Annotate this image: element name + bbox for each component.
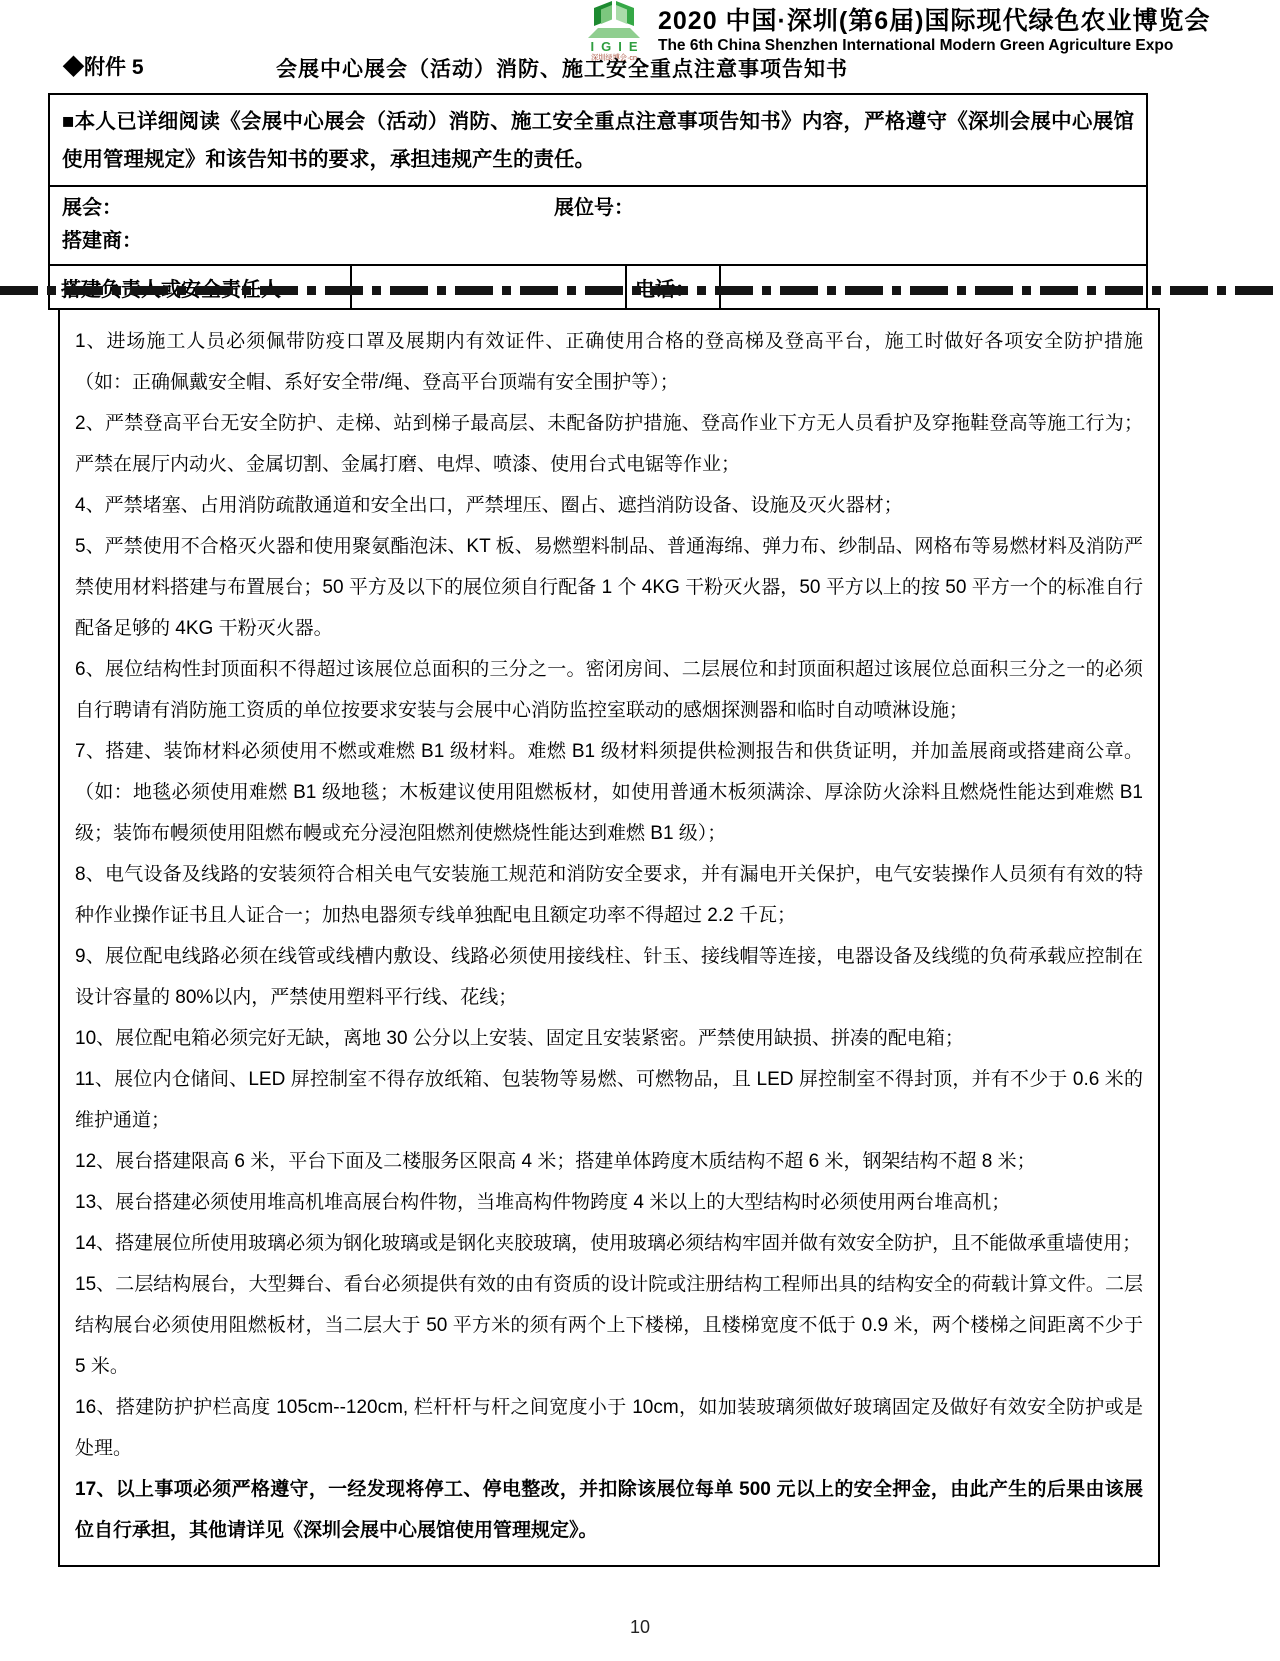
green-book-logo-icon xyxy=(581,0,647,40)
declaration-table: ■本人已详细阅读《会展中心展会（活动）消防、施工安全重点注意事项告知书》内容，严… xyxy=(48,93,1148,310)
attachment-label: ◆附件 5 xyxy=(63,51,144,81)
header-titles: 2020 中国·深圳(第6届)国际现代绿色农业博览会 The 6th China… xyxy=(658,7,1210,56)
booth-no-label: 展位号： xyxy=(554,192,634,225)
cut-separator-line xyxy=(0,286,1280,295)
notice-item: 11、展位内仓储间、LED 屏控制室不得存放纸箱、包装物等易燃、可燃物品，且 L… xyxy=(75,1059,1143,1141)
notice-item: 17、以上事项必须严格遵守，一经发现将停工、停电整改，并扣除该展位每单 500 … xyxy=(75,1469,1143,1551)
exhibition-label: 展会： xyxy=(62,192,122,225)
document-page: IGIE 深圳绿博会·cn 2020 中国·深圳(第6届)国际现代绿色农业博览会… xyxy=(0,0,1280,1661)
exhibition-row: 展会： 展位号： xyxy=(62,192,1134,225)
notice-item: 12、展台搭建限高 6 米，平台下面及二楼服务区限高 4 米；搭建单体跨度木质结… xyxy=(75,1141,1143,1182)
page-title: 会展中心展会（活动）消防、施工安全重点注意事项告知书 xyxy=(276,53,848,83)
notice-item: 7、搭建、装饰材料必须使用不燃或难燃 B1 级材料。难燃 B1 级材料须提供检测… xyxy=(75,731,1143,854)
notice-item: 16、搭建防护护栏高度 105cm--120cm, 栏杆杆与杆之间宽度小于 10… xyxy=(75,1387,1143,1469)
notice-item: 10、展位配电箱必须完好无缺，离地 30 公分以上安装、固定且安装紧密。严禁使用… xyxy=(75,1018,1143,1059)
notice-item: 5、严禁使用不合格灭火器和使用聚氨酯泡沫、KT 板、易燃塑料制品、普通海绵、弹力… xyxy=(75,526,1143,649)
notice-item: 1、进场施工人员必须佩带防疫口罩及展期内有效证件、正确使用合格的登高梯及登高平台… xyxy=(75,321,1143,403)
expo-title-cn: 2020 中国·深圳(第6届)国际现代绿色农业博览会 xyxy=(658,7,1210,36)
contractor-label: 搭建商： xyxy=(62,225,142,258)
notice-item: 2、严禁登高平台无安全防护、走梯、站到梯子最高层、未配备防护措施、登高作业下方无… xyxy=(75,403,1143,485)
notice-item: 13、展台搭建必须使用堆高机堆高展台构件物，当堆高构件物跨度 4 米以上的大型结… xyxy=(75,1182,1143,1223)
declaration-text: ■本人已详细阅读《会展中心展会（活动）消防、施工安全重点注意事项告知书》内容，严… xyxy=(50,95,1146,187)
logo-acronym: IGIE xyxy=(572,40,656,53)
notice-list: 1、进场施工人员必须佩带防疫口罩及展期内有效证件、正确使用合格的登高梯及登高平台… xyxy=(75,321,1143,1551)
notice-item: 4、严禁堵塞、占用消防疏散通道和安全出口，严禁埋压、圈占、遮挡消防设备、设施及灭… xyxy=(75,485,1143,526)
notice-item: 9、展位配电线路必须在线管或线槽内敷设、线路必须使用接线柱、针玉、接线帽等连接，… xyxy=(75,936,1143,1018)
booth-no-field[interactable] xyxy=(634,192,1134,225)
form-fields-cell: 展会： 展位号： 搭建商： xyxy=(50,187,1146,266)
notice-item: 15、二层结构展台，大型舞台、看台必须提供有效的由有资质的设计院或注册结构工程师… xyxy=(75,1264,1143,1387)
notice-item: 6、展位结构性封顶面积不得超过该展位总面积的三分之一。密闭房间、二层展位和封顶面… xyxy=(75,649,1143,731)
safety-notice-box: 1、进场施工人员必须佩带防疫口罩及展期内有效证件、正确使用合格的登高梯及登高平台… xyxy=(58,308,1160,1567)
contractor-field[interactable] xyxy=(142,225,1134,258)
notice-item: 14、搭建展位所使用玻璃必须为钢化玻璃或是钢化夹胶玻璃，使用玻璃必须结构牢固并做… xyxy=(75,1223,1143,1264)
contractor-row: 搭建商： xyxy=(62,225,1134,258)
notice-item: 8、电气设备及线路的安装须符合相关电气安装施工规范和消防安全要求，并有漏电开关保… xyxy=(75,854,1143,936)
page-number: 10 xyxy=(0,1617,1280,1638)
